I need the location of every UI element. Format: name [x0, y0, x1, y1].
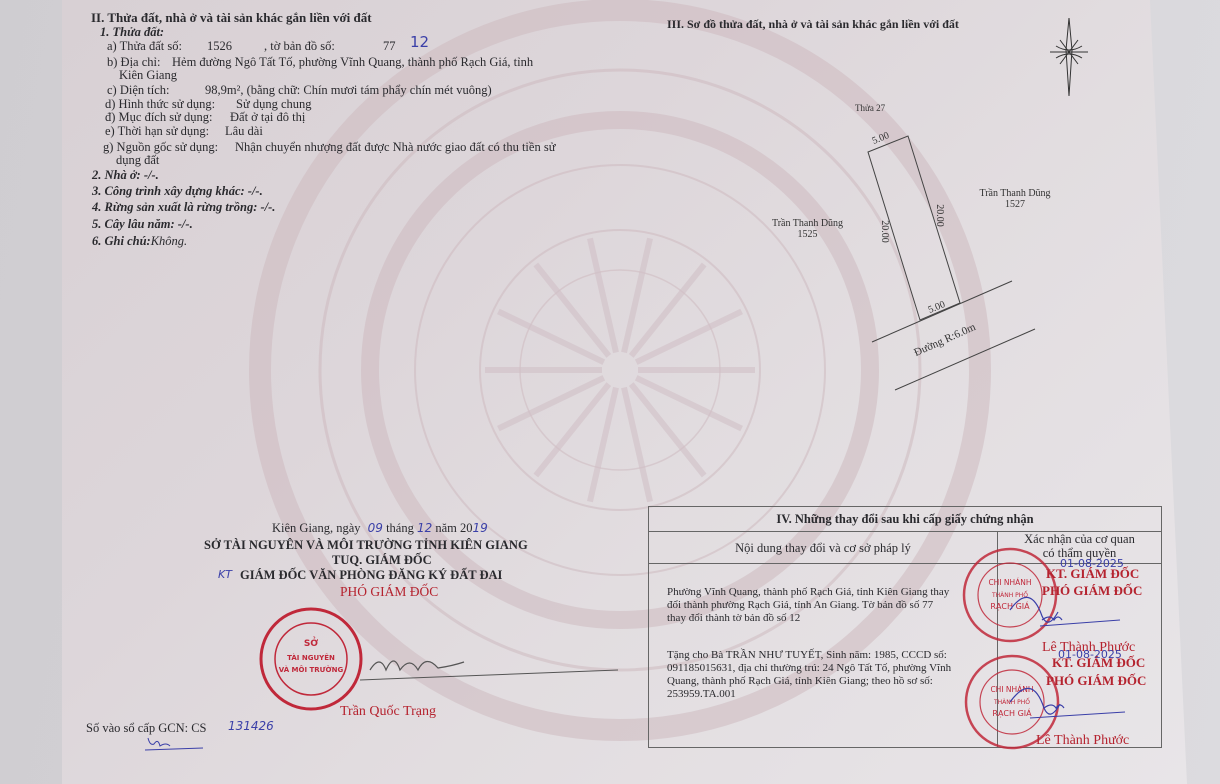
map-sheet-label: , tờ bản đồ số:: [264, 39, 335, 53]
col-content-header: Nội dung thay đổi và cơ sở pháp lý: [649, 532, 998, 564]
area-label: c) Diện tích:: [107, 83, 169, 97]
note-value: Không.: [151, 234, 187, 248]
parcel-number-row: a) Thửa đất số:: [107, 39, 182, 53]
item-note: 6. Ghi chú:Không.: [92, 234, 187, 249]
dim-right: 20.00: [934, 204, 945, 227]
issue-year: 19: [473, 521, 488, 535]
map-sheet-number: 77: [383, 39, 396, 53]
neighbor-left: Trần Thanh Dũng 1525: [760, 218, 855, 240]
confirm-signer-2: Lê Thành Phước: [1036, 733, 1129, 749]
section4-title: IV. Những thay đổi sau khi cấp giấy chứn…: [776, 512, 1033, 526]
item-other-works: 3. Công trình xây dựng khác: -/-.: [92, 184, 263, 199]
parcel-number-label: a) Thửa đất số:: [107, 39, 182, 53]
origin-line2: dụng đất: [116, 153, 159, 167]
origin-label: g) Nguồn gốc sử dụng:: [103, 140, 218, 154]
use-form-value: Sử dụng chung: [236, 97, 312, 111]
purpose-value: Đất ở tại đô thị: [230, 110, 305, 124]
signer-title: PHÓ GIÁM ĐỐC: [340, 584, 438, 600]
changes-content-cell: Phường Vĩnh Quang, thành phố Rạch Giá, t…: [649, 564, 998, 748]
address-line2: Kiên Giang: [119, 68, 177, 82]
address-label: b) Địa chỉ:: [107, 55, 160, 69]
registry-initials: [145, 734, 205, 752]
term-value: Lâu dài: [225, 124, 263, 138]
parcel-number: 1526: [207, 39, 232, 53]
svg-text:CHI NHÁNH: CHI NHÁNH: [988, 578, 1031, 587]
term-label: e) Thời hạn sử dụng:: [105, 124, 209, 138]
neighbor-left-number: 1525: [760, 229, 855, 240]
item-perennial: 5. Cây lâu năm: -/-.: [92, 217, 193, 232]
issue-month: 12: [417, 521, 432, 535]
official-stamp-icon: SỞ TÀI NGUYÊN VÀ MÔI TRƯỜNG: [256, 604, 366, 714]
use-form-label: d) Hình thức sử dụng:: [105, 97, 215, 111]
office-director: GIÁM ĐỐC VĂN PHÒNG ĐĂNG KÝ ĐẤT ĐAI: [240, 568, 502, 583]
compass-rose-icon: [1048, 18, 1096, 98]
tuq-director: TUQ. GIÁM ĐỐC: [332, 553, 432, 568]
item-house: 2. Nhà ở: -/-.: [92, 168, 159, 183]
issuing-agency: SỞ TÀI NGUYÊN VÀ MÔI TRƯỜNG TỈNH KIÊN GI…: [204, 538, 528, 553]
issue-date: Kiên Giang, ngày 09 tháng 12 năm 2019: [272, 521, 488, 535]
section4-title-cell: IV. Những thay đổi sau khi cấp giấy chứn…: [649, 507, 1162, 532]
note-label: 6. Ghi chú:: [92, 234, 151, 248]
area-value: 98,9m², (bằng chữ: Chín mươi tám phẩy ch…: [205, 83, 492, 97]
purpose-label: đ) Mục đích sử dụng:: [105, 110, 212, 124]
neighbor-top: Thửa 27: [855, 103, 885, 114]
registry-label: Số vào sổ cấp GCN: CS: [86, 721, 207, 735]
svg-text:TÀI NGUYÊN: TÀI NGUYÊN: [287, 653, 335, 662]
neighbor-right-number: 1527: [965, 199, 1065, 210]
signature-phuoc-2: [1000, 680, 1140, 725]
parcel-heading: 1. Thửa đất:: [100, 25, 164, 40]
signer-name: Trần Quốc Trạng: [340, 704, 436, 720]
neighbor-left-name: Trần Thanh Dũng: [760, 218, 855, 229]
signature-trang: [360, 640, 620, 690]
section3-title: III. Sơ đồ thửa đất, nhà ở và tài sản kh…: [667, 17, 959, 32]
change-entry-2: Tặng cho Bà TRẦN NHƯ TUYẾT, Sinh năm: 19…: [667, 649, 991, 701]
svg-text:VÀ MÔI TRƯỜNG: VÀ MÔI TRƯỜNG: [279, 665, 344, 674]
kt-mark: KT: [218, 568, 232, 581]
confirm-role1-2: KT. GIÁM ĐỐC: [1052, 655, 1145, 671]
confirm-role1-1: KT. GIÁM ĐỐC: [1046, 566, 1139, 582]
change-entry-1: Phường Vĩnh Quang, thành phố Rạch Giá, t…: [667, 586, 991, 625]
neighbor-right: Trần Thanh Dũng 1527: [965, 188, 1065, 210]
registry-number: 131426: [228, 719, 274, 733]
neighbor-right-name: Trần Thanh Dũng: [965, 188, 1065, 199]
svg-text:SỞ: SỞ: [304, 636, 318, 649]
issue-day: 09: [368, 521, 383, 535]
origin-line1: Nhận chuyển nhượng đất được Nhà nước gia…: [235, 140, 555, 154]
section2-title: II. Thửa đất, nhà ở và tài sản khác gắn …: [91, 10, 372, 26]
item-forest: 4. Rừng sản xuất là rừng trồng: -/-.: [92, 200, 275, 215]
address-line1: Hẻm đường Ngô Tất Tố, phường Vĩnh Quang,…: [172, 55, 533, 69]
parcel-sketch: [760, 120, 1080, 400]
signature-phuoc-1: [1000, 590, 1140, 635]
dim-left: 20.00: [879, 220, 890, 243]
map-sheet-handwritten: 12: [410, 33, 429, 51]
